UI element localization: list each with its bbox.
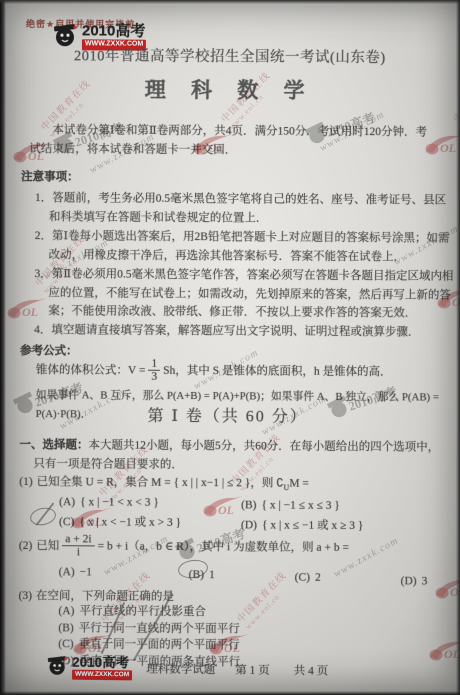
option-2A: (A)−1 — [59, 563, 92, 582]
fraction: 13 — [148, 358, 160, 383]
option-text: 平行于同一直线的两个平面平行 — [79, 622, 240, 635]
option-2B: (B)1 — [189, 566, 215, 585]
section1-lead: 一、选择题： — [19, 439, 88, 451]
notice-item-3: 3．第Ⅱ卷必须用0.5毫米黑色签字笔作答，答案必须写在答题卡各题目指定区域内相应… — [34, 265, 456, 323]
option-label: (C) — [58, 638, 73, 650]
exam-title: 2010年普通高等学校招生全国统一考试(山东卷) — [0, 47, 460, 68]
option-1B: (B){ x | −1 ≤ x ≤ 3 } — [241, 496, 340, 515]
fraction: a + 2ii — [62, 533, 94, 558]
option-text: { x | x ≤ −1 或 x ≥ 3 } — [262, 519, 364, 532]
fraction-numerator: 1 — [148, 358, 160, 371]
question-2-options: (A)−1 (B)1 (C)2 (D)3 — [19, 563, 443, 586]
volume-formula-suffix: Sh，其中 S 是锥体的底面积，h 是锥体的高． — [163, 365, 391, 378]
section1-heading: 第 Ⅰ 卷（共 60 分） — [0, 407, 458, 428]
scanned-exam-page: 中国教育在线www.eol.cn OL 中国教育在线www.eol.cn OL … — [0, 0, 460, 695]
volume-formula-prefix: 锥体的体积公式：V = — [36, 364, 146, 377]
option-text: { x | −1 ≤ x ≤ 3 } — [261, 499, 340, 511]
question-2-text: 已知 — [36, 540, 59, 552]
page-footer: 2010高考 WWW.ZXXK.COM 理科数学试题 第 1 页 共 4 页 — [46, 654, 328, 686]
option-2C: (C)2 — [295, 569, 321, 588]
exam-content: 绝密★启用并使用完毕前 2010高考 WWW.ZXXK.COM 2010年普通高… — [0, 0, 460, 695]
option-label: (C) — [59, 516, 74, 528]
fraction-denominator: 3 — [148, 371, 160, 383]
option-label: (C) — [295, 572, 310, 584]
intro-paragraph: 本试卷分第Ⅰ卷和第Ⅱ卷两部分，共4页．满分150分．考试用时120分钟．考试结束… — [29, 121, 433, 160]
footer-doc-name: 理科数学试题 — [146, 661, 215, 680]
option-1A: (A){ x | −1 < x < 3 } — [59, 493, 159, 512]
question-2-number: (2) — [19, 540, 32, 552]
option-text: 2 — [315, 572, 321, 584]
question-1-text-end: M = — [289, 478, 309, 490]
option-3C: (C)垂直于同一平面的两个平面平行 — [58, 636, 438, 655]
option-3A: (A)平行直线的平行投影重合 — [58, 603, 438, 622]
subject-title: 理 科 数 学 — [0, 80, 460, 101]
option-label: (B) — [241, 499, 256, 511]
question-1-number: (1) — [19, 476, 32, 488]
volume-formula: 锥体的体积公式：V =13Sh，其中 S 是锥体的底面积，h 是锥体的高． — [36, 357, 446, 385]
option-text: 平行直线的平行投影重合 — [79, 605, 206, 618]
footer-page-total: 共 4 页 — [294, 662, 329, 681]
question-3-text: 在空间，下列命题正确的是 — [36, 590, 174, 603]
option-label: (D) — [401, 575, 417, 587]
option-1C: (C){ x | x < −1 或 x > 3 } — [59, 513, 181, 532]
notice-item-4: 4．填空题请直接填写答案，解答题应写出文字说明、证明过程或演算步骤． — [34, 321, 456, 342]
option-2D: (D)3 — [401, 572, 428, 591]
logo-title: 2010高考 — [72, 655, 129, 671]
option-label: (A) — [58, 605, 74, 617]
option-label: (D) — [241, 519, 257, 531]
option-text: { x | x < −1 或 x > 3 } — [79, 516, 181, 529]
logo-site-badge: WWW.ZXXK.COM — [72, 670, 132, 680]
option-label: (B) — [58, 622, 73, 634]
question-1-text: 已知全集 U = R，集合 M = { x | | x−1 | ≤ 2 }，则 … — [37, 476, 284, 490]
logo-title: 2010高考 — [82, 22, 145, 39]
option-label: (A) — [59, 566, 75, 578]
mascot-icon — [46, 654, 68, 683]
option-text: −1 — [80, 566, 92, 578]
footer-page-current: 第 1 页 — [235, 662, 270, 681]
notice-title: 注意事项： — [21, 168, 79, 187]
option-text: { x | −1 < x < 3 } — [80, 496, 159, 508]
option-text: 垂直于同一平面的两个平面平行 — [79, 638, 240, 651]
question-2-stem: (2)已知a + 2ii= b + i（a，b ∈ R），其中 i 为虚数单位，… — [19, 533, 439, 561]
fraction-denominator: i — [62, 546, 94, 558]
option-1D: (D){ x | x ≤ −1 或 x ≥ 3 } — [241, 516, 364, 535]
section1-instructions-text: 本大题共12小题，每小题5分，共60分．在每小题给出的四个选项中，只有一项是符合… — [33, 439, 439, 470]
option-text: 3 — [422, 575, 428, 587]
question-2-text-end: = b + i（a，b ∈ R），其中 i 为虚数单位，则 a + b = — [98, 540, 349, 554]
section1-instructions: 一、选择题：本大题共12小题，每小题5分，共60分．在每小题给出的四个选项中，只… — [19, 436, 447, 476]
zxxk-footer-logo: 2010高考 WWW.ZXXK.COM — [46, 654, 132, 683]
option-label: (B) — [189, 569, 204, 581]
question-3-number: (3) — [19, 590, 32, 602]
notice-item-2: 2．第Ⅰ卷每小题选出答案后，用2B铅笔把答题卡上对应题目的答案标号涂黑；如需改动… — [35, 227, 455, 267]
option-label: (A) — [59, 496, 75, 508]
notice-item-1: 1．答题前，考生务必用0.5毫米黑色签字笔将自己的姓名、座号、准考证号、县区和科… — [35, 189, 453, 229]
fraction-numerator: a + 2i — [62, 533, 94, 546]
option-text: 1 — [209, 569, 215, 581]
